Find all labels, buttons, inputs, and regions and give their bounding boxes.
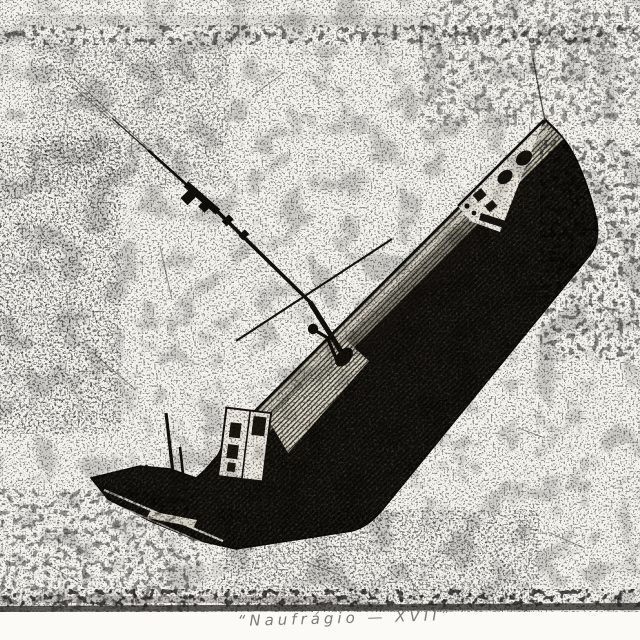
top-smudge: [20, 15, 430, 27]
plate-texture: [0, 0, 640, 612]
speckle-topright: [430, 0, 640, 120]
ship-etching-svg: [0, 0, 640, 640]
speckle-left-band: [0, 150, 115, 420]
top-grit-band: [0, 26, 640, 44]
etching-print-scan: “Naufrágio — XVII”: [0, 0, 640, 640]
bottom-smear: [40, 596, 350, 603]
speckle-right-of-stern: [545, 150, 640, 350]
speckle-topleft: [40, 50, 220, 180]
